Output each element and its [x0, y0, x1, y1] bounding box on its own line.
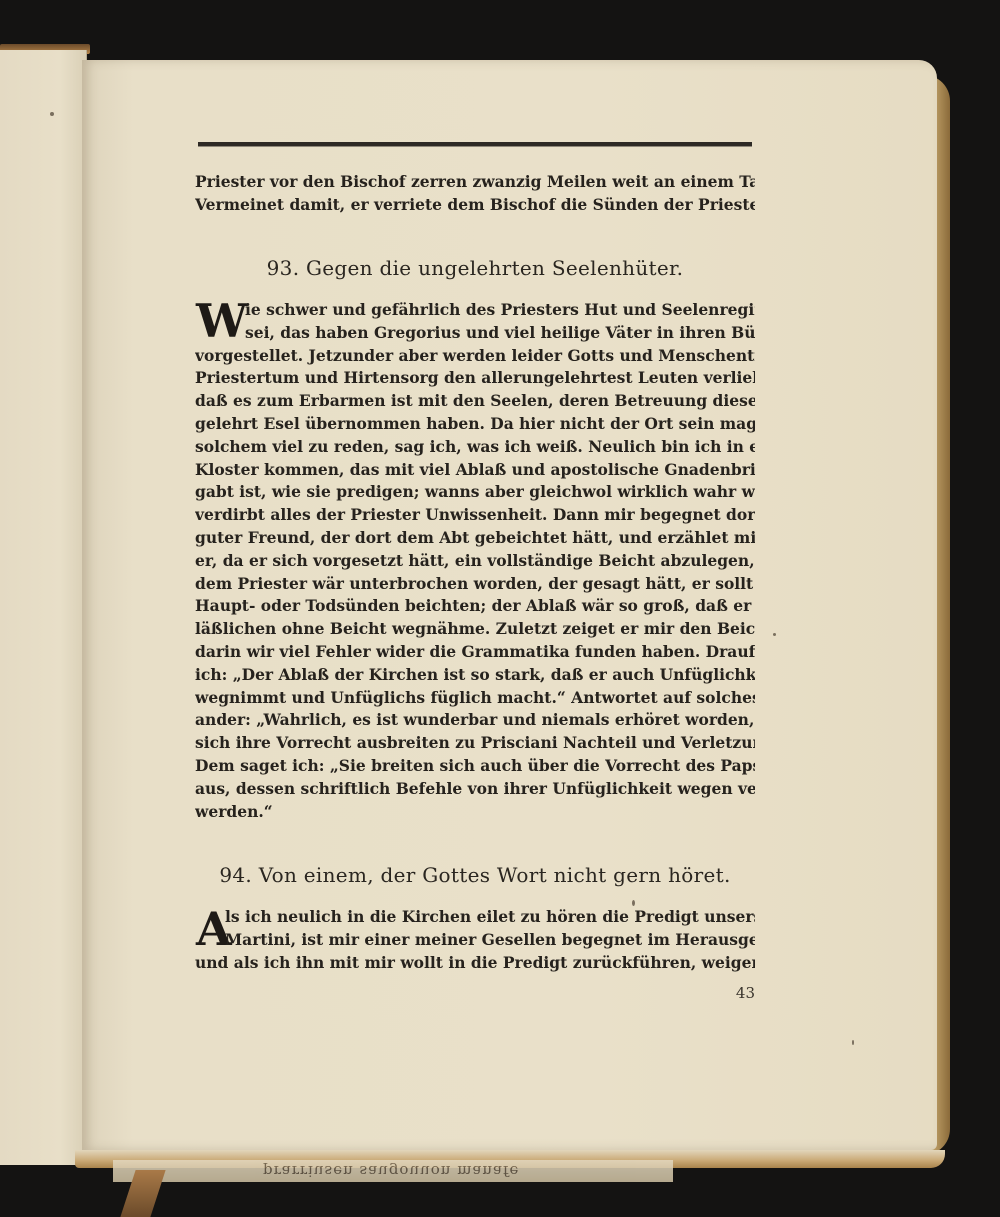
paper-speck [852, 1040, 854, 1045]
section-94-heading: 94. Von einem, der Gottes Wort nicht ger… [195, 863, 755, 887]
text-line: sei, das haben Gregorius und viel heilig… [195, 322, 755, 345]
header-rule [198, 142, 752, 147]
text-line: aus, dessen schriftlich Befehle von ihre… [195, 778, 755, 801]
text-line: ander: „Wahrlich, es ist wunderbar und n… [195, 709, 755, 732]
text-line: Haupt- oder Todsünden beichten; der Abla… [195, 595, 755, 618]
text-line: verdirbt alles der Priester Unwissenheit… [195, 504, 755, 527]
text-line: läßlichen ohne Beicht wegnähme. Zuletzt … [195, 618, 755, 641]
section-93-heading: 93. Gegen die ungelehrten Seelenhüter. [195, 256, 755, 280]
text-line: wegnimmt und Unfüglichs füglich macht.“ … [195, 687, 755, 710]
text-line: ie schwer und gefährlich des Priesters H… [195, 299, 755, 322]
text-line: darin wir viel Fehler wider die Grammati… [195, 641, 755, 664]
text-line: Martini, ist mir einer meiner Gesellen b… [195, 929, 755, 952]
text-line: solchem viel zu reden, sag ich, was ich … [195, 436, 755, 459]
text-line: daß es zum Erbarmen ist mit den Seelen, … [195, 390, 755, 413]
text-line: Priester vor den Bischof zerren zwanzig … [195, 171, 755, 194]
text-line: gabt ist, wie sie predigen; wanns aber g… [195, 481, 755, 504]
text-line: werden.“ [195, 801, 755, 824]
text-line: gelehrt Esel übernommen haben. Da hier n… [195, 413, 755, 436]
text-line: vorgestellet. Jetzunder aber werden leid… [195, 345, 755, 368]
section-94-body: ls ich neulich in die Kirchen eilet zu h… [195, 906, 755, 974]
text-line: und als ich ihn mit mir wollt in die Pre… [195, 952, 755, 975]
torn-strip-bleed-through: prarriusen saugouuon manafe [113, 1160, 673, 1182]
text-line: ich: „Der Ablaß der Kirchen ist so stark… [195, 664, 755, 687]
text-line: ls ich neulich in die Kirchen eilet zu h… [195, 906, 755, 929]
paper-speck [50, 112, 54, 116]
paper-speck [773, 633, 776, 636]
paper-speck [632, 900, 635, 906]
left-page [0, 50, 87, 1165]
section-93-body: ie schwer und gefährlich des Priesters H… [195, 299, 755, 823]
text-line: sich ihre Vorrecht ausbreiten zu Priscia… [195, 732, 755, 755]
page-number: 43 [720, 984, 755, 1002]
text-line: Priestertum und Hirtensorg den allerunge… [195, 367, 755, 390]
text-line: Kloster kommen, das mit viel Ablaß und a… [195, 459, 755, 482]
text-line: dem Priester wär unterbrochen worden, de… [195, 573, 755, 596]
text-line: Dem saget ich: „Sie breiten sich auch üb… [195, 755, 755, 778]
text-line: Vermeinet damit, er verriete dem Bischof… [195, 194, 755, 217]
continuation-paragraph: Priester vor den Bischof zerren zwanzig … [195, 171, 755, 217]
text-line: guter Freund, der dort dem Abt gebeichte… [195, 527, 755, 550]
text-line: er, da er sich vorgesetzt hätt, ein voll… [195, 550, 755, 573]
